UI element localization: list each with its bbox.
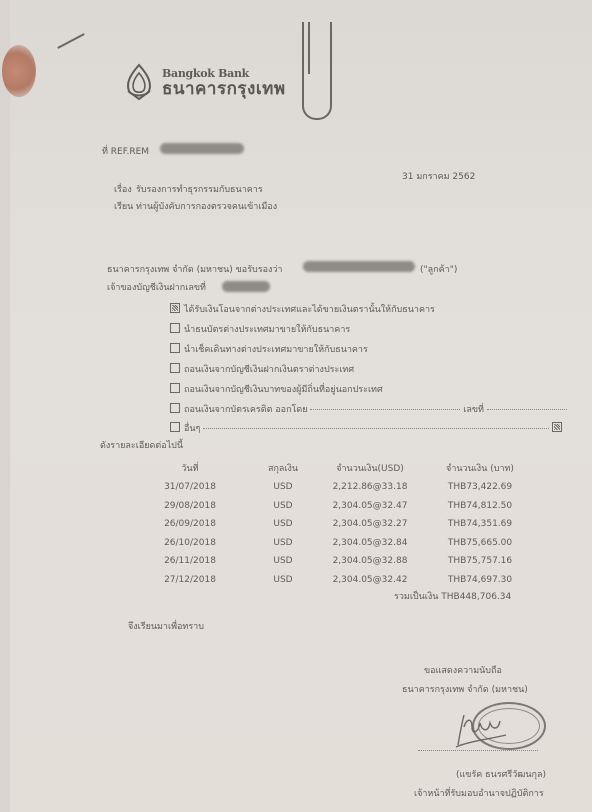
option-7: อื่นๆ bbox=[170, 421, 566, 435]
cell-amount-usd: 2,304.05@32.88 bbox=[316, 552, 424, 571]
option-checkbox bbox=[170, 303, 180, 313]
cell-amount-usd: 2,304.05@32.27 bbox=[316, 515, 424, 534]
bank-name-en: Bangkok Bank bbox=[162, 67, 286, 80]
cell-amount-thb: THB75,665.00 bbox=[424, 534, 536, 553]
cell-date: 26/10/2018 bbox=[130, 534, 250, 553]
bank-name-th: ธนาคารกรุงเทพ bbox=[162, 80, 286, 98]
pen-mark bbox=[57, 33, 84, 49]
closing-text: จึงเรียนมาเพื่อทราบ bbox=[128, 619, 204, 633]
cell-date: 31/07/2018 bbox=[130, 478, 250, 497]
cell-amount-thb: THB73,422.69 bbox=[424, 478, 536, 497]
cell-currency: USD bbox=[250, 497, 316, 516]
body-line1: ธนาคารกรุงเทพ จำกัด (มหาชน) ขอรับรองว่า bbox=[107, 262, 282, 276]
cell-amount-thb: THB75,757.16 bbox=[424, 552, 536, 571]
total-label: รวมเป็นเงิน bbox=[394, 592, 438, 602]
to-text: ท่านผู้บังคับการกองตรวจคนเข้าเมือง bbox=[136, 199, 277, 213]
option-6-extra-label: เลขที่ bbox=[463, 405, 484, 415]
table-row: 29/08/2018 USD 2,304.05@32.47 THB74,812.… bbox=[130, 497, 536, 516]
letter-date: 31 มกราคม 2562 bbox=[402, 169, 475, 183]
option-6: ถอนเงินจากบัตรเครดิต ออกโดย เลขที่ bbox=[170, 402, 567, 416]
bank-logo: Bangkok Bank ธนาคารกรุงเทพ bbox=[124, 63, 286, 101]
finger-edge bbox=[2, 45, 36, 97]
table-row: 26/10/2018 USD 2,304.05@32.84 THB75,665.… bbox=[130, 534, 536, 553]
cell-date: 26/11/2018 bbox=[130, 552, 250, 571]
handwritten-signature-icon bbox=[450, 705, 510, 753]
cell-date: 26/09/2018 bbox=[130, 515, 250, 534]
regards-text: ขอแสดงความนับถือ bbox=[424, 663, 502, 677]
table-row: 31/07/2018 USD 2,212.86@33.18 THB73,422.… bbox=[130, 478, 536, 497]
table-row: 27/12/2018 USD 2,304.05@32.42 THB74,697.… bbox=[130, 571, 536, 590]
ref-label: ที่ REF.REM bbox=[102, 144, 149, 158]
total-value: THB448,706.34 bbox=[441, 592, 511, 602]
header-amount-usd: จำนวนเงิน(USD) bbox=[316, 458, 424, 478]
cell-amount-usd: 2,304.05@32.47 bbox=[316, 497, 424, 516]
cell-date: 29/08/2018 bbox=[130, 497, 250, 516]
cell-amount-thb: THB74,812.50 bbox=[424, 497, 536, 516]
account-number-redaction bbox=[222, 281, 270, 292]
cell-date: 27/12/2018 bbox=[130, 571, 250, 590]
option-1: ได้รับเงินโอนจากต่างประเทศและได้ขายเงินต… bbox=[170, 302, 435, 316]
signer-name: (แขรัค ธนรศรีวัฒนกุล) bbox=[456, 767, 546, 781]
option-5: ถอนเงินจากบัญชีเงินบาทของผู้มีถิ่นที่อยู… bbox=[170, 382, 383, 396]
customer-name-redaction bbox=[303, 261, 415, 272]
letter-paper: Bangkok Bank ธนาคารกรุงเทพ ที่ REF.REM 3… bbox=[10, 0, 592, 812]
cell-currency: USD bbox=[250, 534, 316, 553]
table-header-row: วันที่ สกุลเงิน จำนวนเงิน(USD) จำนวนเงิน… bbox=[130, 458, 536, 478]
cell-currency: USD bbox=[250, 571, 316, 590]
option-checkbox bbox=[170, 383, 180, 393]
signature-line bbox=[418, 750, 538, 751]
cell-amount-usd: 2,212.86@33.18 bbox=[316, 478, 424, 497]
option-checkbox bbox=[170, 403, 180, 413]
cell-amount-usd: 2,304.05@32.84 bbox=[316, 534, 424, 553]
ref-redaction bbox=[160, 143, 244, 154]
header-date: วันที่ bbox=[130, 458, 250, 478]
paper-clip bbox=[302, 22, 332, 120]
signer-title: เจ้าหน้าที่รับมอบอำนาจปฏิบัติการ bbox=[414, 786, 544, 800]
subject-text: รับรองการทำธุรกรรมกับธนาคาร bbox=[136, 182, 263, 196]
details-intro: ดังรายละเอียดต่อไปนี้ bbox=[100, 438, 183, 452]
table-row: 26/11/2018 USD 2,304.05@32.88 THB75,757.… bbox=[130, 552, 536, 571]
cell-amount-thb: THB74,697.30 bbox=[424, 571, 536, 590]
option-4: ถอนเงินจากบัญชีเงินฝากเงินตราต่างประเทศ bbox=[170, 362, 354, 376]
option-checkbox bbox=[170, 422, 180, 432]
customer-suffix: ("ลูกค้า") bbox=[420, 262, 457, 276]
header-currency: สกุลเงิน bbox=[250, 458, 316, 478]
table-row: 26/09/2018 USD 2,304.05@32.27 THB74,351.… bbox=[130, 515, 536, 534]
cell-amount-thb: THB74,351.69 bbox=[424, 515, 536, 534]
subject-label: เรื่อง bbox=[114, 182, 132, 196]
option-checkbox bbox=[170, 323, 180, 333]
body-line2: เจ้าของบัญชีเงินฝากเลขที่ bbox=[107, 280, 206, 294]
option-checkbox bbox=[170, 363, 180, 373]
signer-org: ธนาคารกรุงเทพ จำกัด (มหาชน) bbox=[402, 682, 528, 696]
cell-currency: USD bbox=[250, 552, 316, 571]
cell-amount-usd: 2,304.05@32.42 bbox=[316, 571, 424, 590]
cell-currency: USD bbox=[250, 478, 316, 497]
paper-clip-inner bbox=[308, 22, 310, 74]
option-2: นำธนบัตรต่างประเทศมาขายให้กับธนาคาร bbox=[170, 322, 350, 336]
transaction-table: วันที่ สกุลเงิน จำนวนเงิน(USD) จำนวนเงิน… bbox=[130, 458, 536, 589]
cell-currency: USD bbox=[250, 515, 316, 534]
header-amount-thb: จำนวนเงิน (บาท) bbox=[424, 458, 536, 478]
option-checkbox bbox=[170, 343, 180, 353]
option-3: นำเช็คเดินทางต่างประเทศมาขายให้กับธนาคาร bbox=[170, 342, 368, 356]
total-row: รวมเป็นเงิน THB448,706.34 bbox=[394, 589, 511, 603]
to-label: เรียน bbox=[114, 199, 133, 213]
lotus-leaf-icon bbox=[124, 63, 154, 101]
trailing-checkbox bbox=[552, 422, 562, 432]
